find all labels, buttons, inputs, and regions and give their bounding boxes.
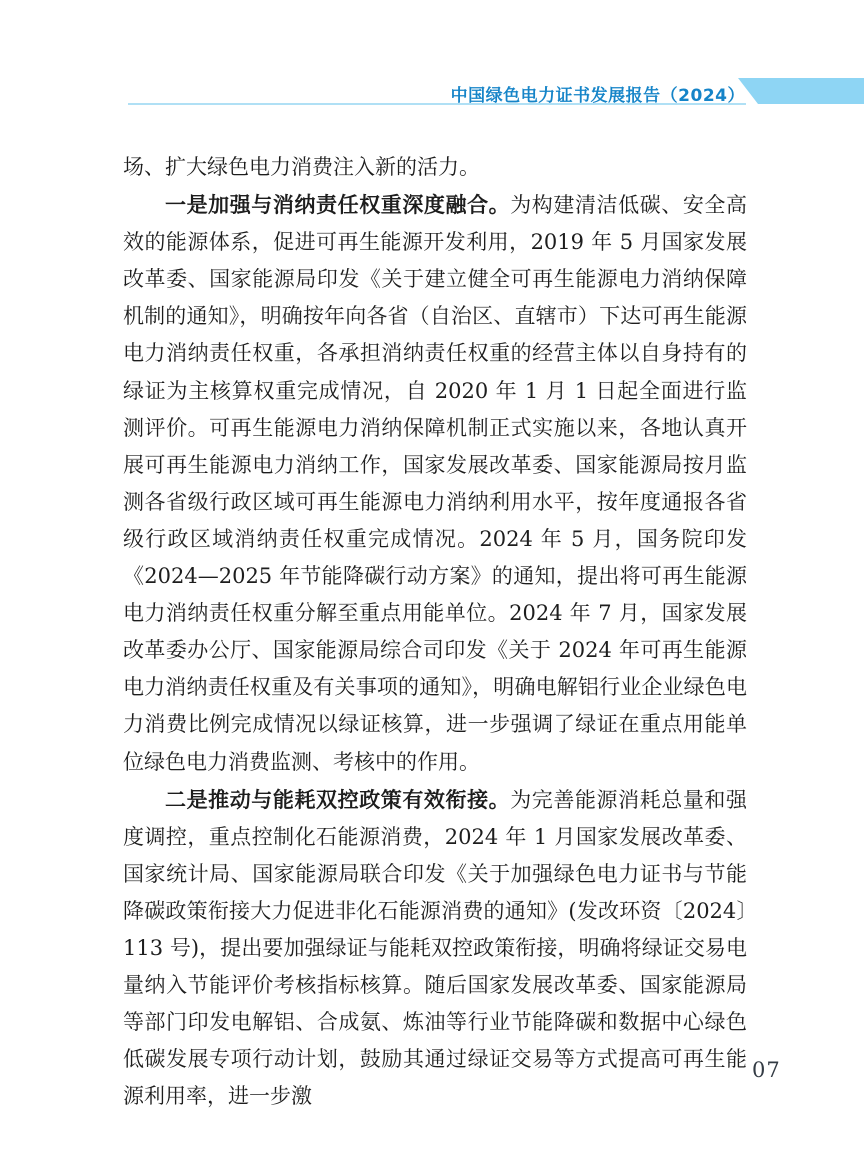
- document-page: 中国绿色电力证书发展报告（2024） 场、扩大绿色电力消费注入新的活力。一是加强…: [0, 0, 864, 1164]
- paragraph: 一是加强与消纳责任权重深度融合。为构建清洁低碳、安全高效的能源体系，促进可再生能…: [123, 186, 747, 781]
- paragraph: 场、扩大绿色电力消费注入新的活力。: [123, 149, 747, 186]
- report-title: 中国绿色电力证书发展报告（2024）: [245, 81, 745, 106]
- paragraph-lead: 二是推动与能耗双控政策有效衔接。: [165, 787, 510, 812]
- header-banner-shape: [738, 78, 864, 104]
- page-number: 07: [752, 1058, 781, 1082]
- paragraph: 二是推动与能耗双控政策有效衔接。为完善能源消耗总量和强度调控，重点控制化石能源消…: [123, 781, 747, 1116]
- body-text: 场、扩大绿色电力消费注入新的活力。一是加强与消纳责任权重深度融合。为构建清洁低碳…: [123, 149, 747, 1115]
- paragraph-lead: 一是加强与消纳责任权重深度融合。: [165, 192, 510, 217]
